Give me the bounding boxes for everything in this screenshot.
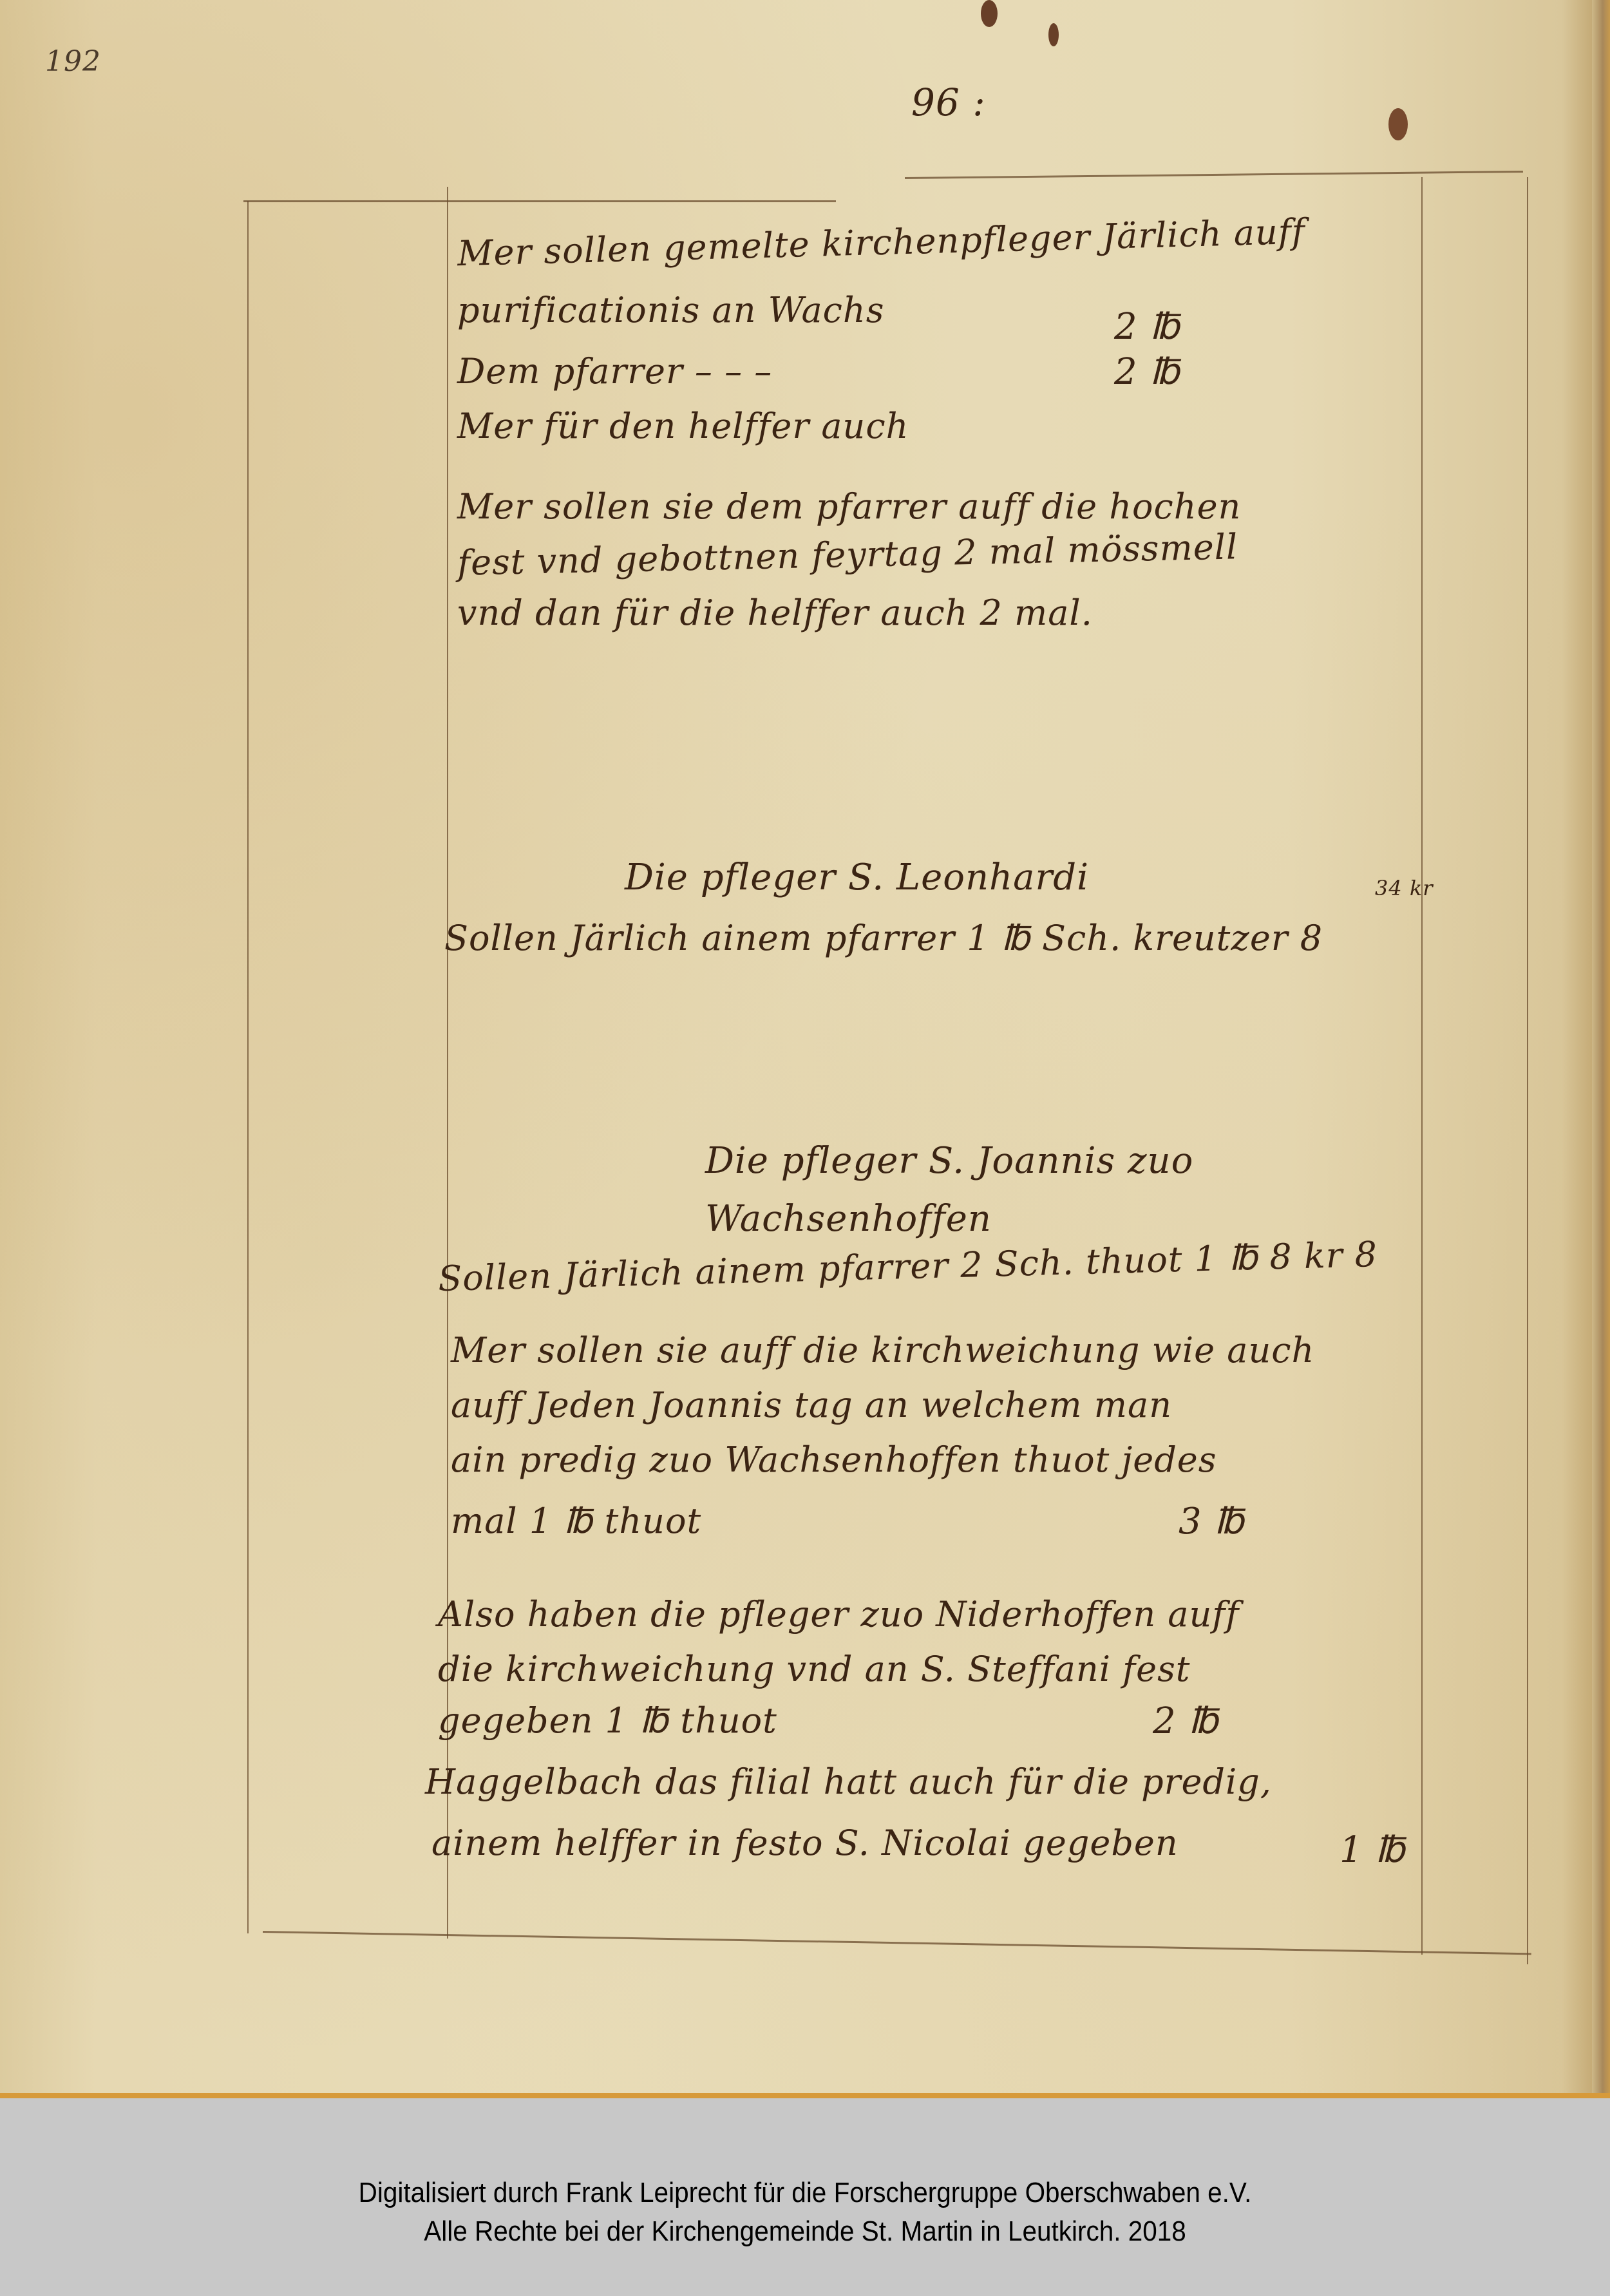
- page-number: 96 :: [911, 81, 986, 124]
- text-line: Mer für den helffer auch: [457, 406, 909, 446]
- text-line: Sollen Järlich ainem pfarrer 2 Sch. thuo…: [437, 1234, 1378, 1299]
- text-line: fest vnd gebottnen feyrtag 2 mal mössmel…: [457, 526, 1238, 583]
- rule-top-right: [905, 171, 1523, 179]
- text-line: die kirchweichung vnd an S. Steffani fes…: [438, 1649, 1191, 1689]
- text-line: gegeben 1 ℔ thuot: [438, 1700, 777, 1741]
- text-line: Dem pfarrer – – –: [457, 351, 772, 392]
- caption-line-2: Alle Rechte bei der Kirchengemeinde St. …: [64, 2215, 1546, 2248]
- caption-line-1: Digitalisiert durch Frank Leiprecht für …: [64, 2177, 1546, 2209]
- amount: 2 ℔: [1153, 1700, 1218, 1742]
- section-heading: Die pfleger S. Joannis zuo: [705, 1140, 1193, 1182]
- rule-left-outer: [247, 201, 249, 1933]
- text-line: mal 1 ℔ thuot: [451, 1501, 701, 1541]
- folio-number: 192: [45, 45, 101, 78]
- section-heading: Die pfleger S. Leonhardi: [625, 857, 1089, 898]
- ink-blot: [1048, 23, 1059, 46]
- ink-blot: [981, 0, 998, 27]
- text-line: vnd dan für die helffer auch 2 mal.: [457, 593, 1093, 633]
- text-line: Mer sollen gemelte kirchenpfleger Järlic…: [457, 211, 1305, 274]
- text-line: auff Jeden Joannis tag an welchem man: [451, 1385, 1172, 1425]
- text-line: Haggelbach das filial hatt auch für die …: [425, 1761, 1272, 1802]
- text-line: purificationis an Wachs: [457, 290, 884, 330]
- rule-right-outer: [1527, 177, 1528, 1964]
- text-line: Sollen Järlich ainem pfarrer 1 ℔ Sch. kr…: [444, 918, 1323, 958]
- amount: 2 ℔: [1114, 351, 1180, 393]
- text-line: Mer sollen sie auff die kirchweichung wi…: [451, 1330, 1314, 1371]
- amount: 1 ℔: [1340, 1829, 1405, 1871]
- interlinear-note: 34 kr: [1375, 876, 1434, 900]
- rule-top-left: [243, 200, 836, 202]
- text-line: ain predig zuo Wachsenhoffen thuot jedes: [451, 1439, 1217, 1480]
- amount: 3 ℔: [1179, 1501, 1244, 1542]
- page-edge: [1592, 0, 1610, 2093]
- manuscript-page: 192 96 : Mer sollen gemelte kirchenpfleg…: [0, 0, 1610, 2098]
- text-line: Mer sollen sie dem pfarrer auff die hoch…: [457, 486, 1241, 527]
- rule-right-inner: [1421, 177, 1423, 1955]
- ink-blot: [1388, 108, 1408, 140]
- rule-bottom: [263, 1931, 1531, 1955]
- text-line: ainem helffer in festo S. Nicolai gegebe…: [431, 1823, 1179, 1863]
- amount: 2 ℔: [1114, 306, 1180, 348]
- text-line: Also haben die pfleger zuo Niderhoffen a…: [438, 1594, 1239, 1635]
- section-heading-line2: Wachsenhoffen: [705, 1198, 992, 1240]
